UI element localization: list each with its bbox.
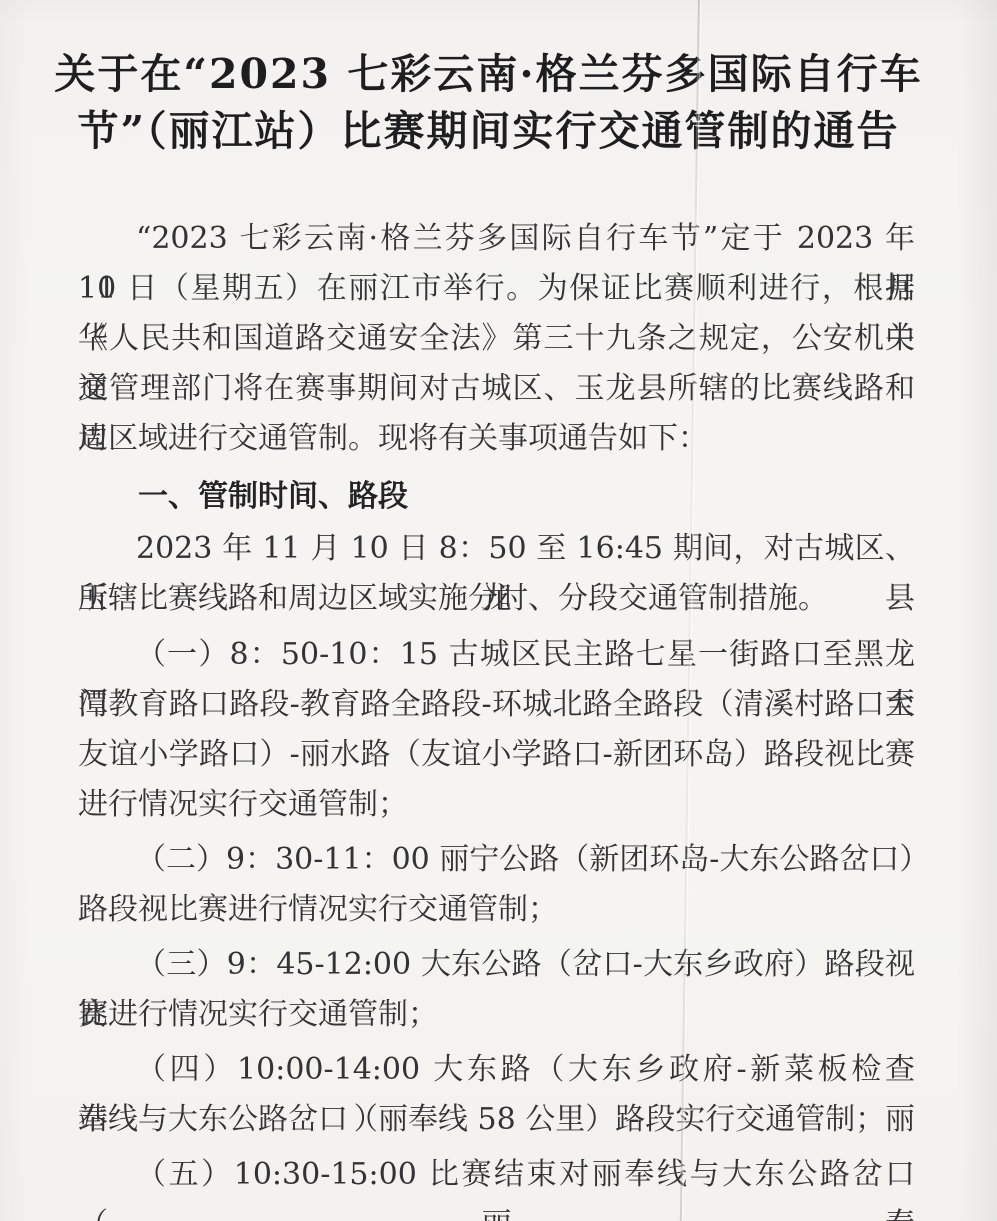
text-line: （一）8：50-10：15 古城区民主路七星一街路口至黑龙潭大 bbox=[78, 630, 915, 680]
text-line: 奉线与大东公路岔口（丽奉线 58 公里）路段实行交通管制； bbox=[78, 1095, 915, 1145]
text-line: 所辖比赛线路和周边区域实施分时、分段交通管制措施。 bbox=[78, 574, 915, 624]
intro-paragraph: “2023 七彩云南·格兰芬多国际自行车节”定于 2023 年 11 月 10 … bbox=[78, 214, 915, 464]
text-line: 边区域进行交通管制。现将有关事项通告如下： bbox=[78, 414, 915, 464]
text-line: （三）9：45-12:00 大东公路（岔口-大东乡政府）路段视比 bbox=[78, 940, 915, 990]
title-line: 节”（丽江站）比赛期间实行交通管制的通告 bbox=[50, 103, 927, 160]
text-line: 赛进行情况实行交通管制； bbox=[78, 990, 915, 1040]
scanned-notice-page: 关于在“2023 七彩云南·格兰芬多国际自行车 节”（丽江站）比赛期间实行交通管… bbox=[0, 0, 997, 1221]
section-heading: 一、管制时间、路段 bbox=[78, 472, 915, 522]
control-item-3: （三）9：45-12:00 大东公路（岔口-大东乡政府）路段视比 赛进行情况实行… bbox=[78, 940, 915, 1040]
document-body: “2023 七彩云南·格兰芬多国际自行车节”定于 2023 年 11 月 10 … bbox=[78, 214, 915, 1200]
text-line: 门教育路口路段-教育路全路段-环城北路全路段（清溪村路口至 bbox=[78, 680, 915, 730]
text-line: （四）10:00-14:00 大东路（大东乡政府-新菜板检查站）-丽 bbox=[78, 1045, 915, 1095]
control-item-4: （四）10:00-14:00 大东路（大东乡政府-新菜板检查站）-丽 奉线与大东… bbox=[78, 1045, 915, 1145]
text-line: 华人民共和国道路交通安全法》第三十九条之规定，公安机关交 bbox=[78, 314, 915, 364]
text-line: “2023 七彩云南·格兰芬多国际自行车节”定于 2023 年 11 月 bbox=[78, 214, 915, 264]
control-item-5: （五）10:30-15:00 比赛结束对丽奉线与大东公路岔口（丽奉 bbox=[78, 1150, 915, 1200]
text-line: 2023 年 11 月 10 日 8：50 至 16:45 期间，对古城区、玉龙… bbox=[78, 524, 915, 574]
text-line: 路段视比赛进行情况实行交通管制； bbox=[78, 885, 915, 935]
control-item-2: （二）9：30-11：00 丽宁公路（新团环岛-大东公路岔口） 路段视比赛进行情… bbox=[78, 835, 915, 935]
text-line: （二）9：30-11：00 丽宁公路（新团环岛-大东公路岔口） bbox=[78, 835, 915, 885]
document-title: 关于在“2023 七彩云南·格兰芬多国际自行车 节”（丽江站）比赛期间实行交通管… bbox=[50, 46, 927, 160]
text-line: 友谊小学路口）-丽水路（友谊小学路口-新团环岛）路段视比赛 bbox=[78, 730, 915, 780]
text-line: 10 日（星期五）在丽江市举行。为保证比赛顺利进行，根据《中 bbox=[78, 264, 915, 314]
text-line: 进行情况实行交通管制； bbox=[78, 780, 915, 830]
text-line: 通管理部门将在赛事期间对古城区、玉龙县所辖的比赛线路和周 bbox=[78, 364, 915, 414]
text-line: （五）10:30-15:00 比赛结束对丽奉线与大东公路岔口（丽奉 bbox=[78, 1150, 915, 1200]
control-period-paragraph: 2023 年 11 月 10 日 8：50 至 16:45 期间，对古城区、玉龙… bbox=[78, 524, 915, 624]
control-item-1: （一）8：50-10：15 古城区民主路七星一街路口至黑龙潭大 门教育路口路段-… bbox=[78, 630, 915, 830]
title-line: 关于在“2023 七彩云南·格兰芬多国际自行车 bbox=[50, 46, 927, 103]
